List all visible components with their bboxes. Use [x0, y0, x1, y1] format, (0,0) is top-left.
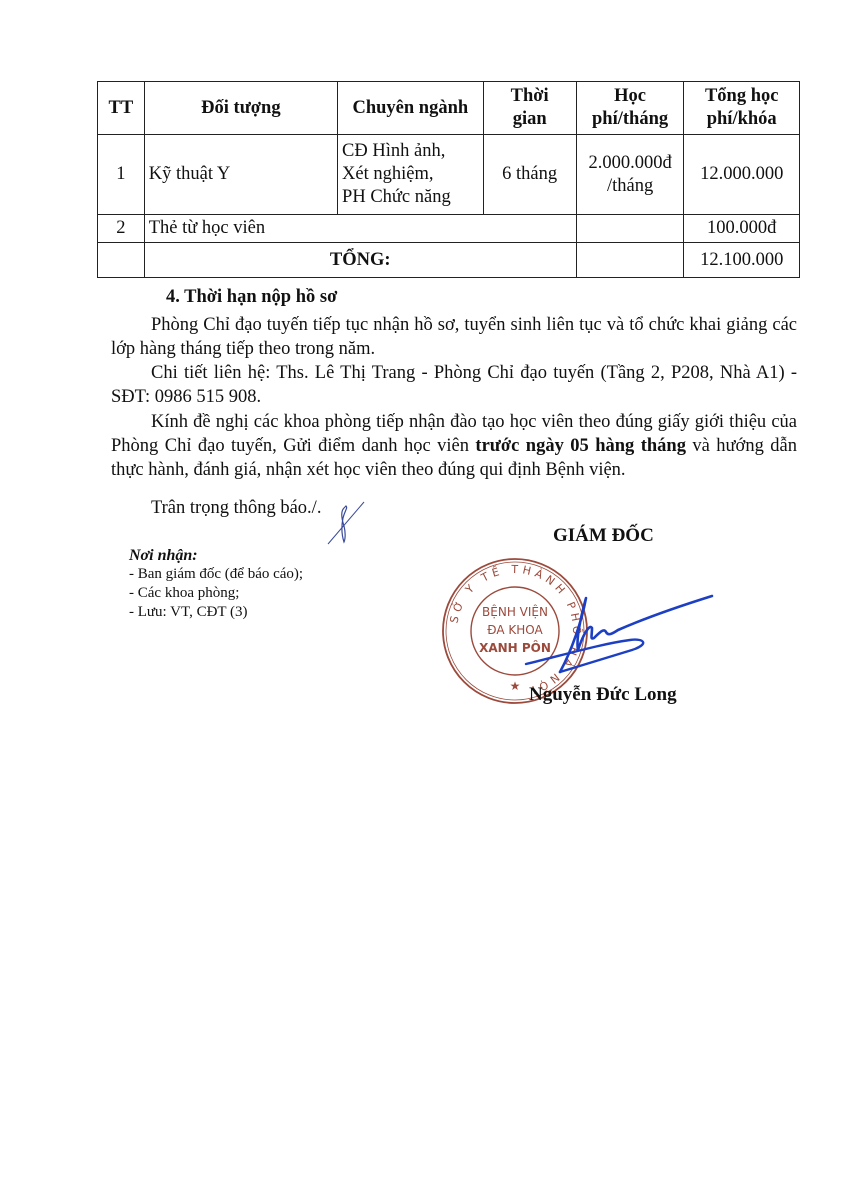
hoc-phi-line: 2.000.000đ — [588, 153, 671, 173]
recipient-item: - Các khoa phòng; — [129, 584, 303, 603]
total-label: TỔNG: — [144, 243, 576, 278]
signer-name: Nguyễn Đức Long — [529, 684, 677, 706]
total-value: 12.100.000 — [684, 243, 800, 278]
cell-tt: 1 — [98, 135, 145, 215]
recipient-item: - Lưu: VT, CĐT (3) — [129, 603, 303, 622]
section-heading: 4. Thời hạn nộp hồ sơ — [166, 286, 337, 310]
table-total-row: TỔNG: 12.100.000 — [98, 243, 800, 278]
handwritten-signature-icon — [520, 580, 720, 690]
cell-tong: 100.000đ — [684, 215, 800, 243]
cell-tong: 12.000.000 — [684, 135, 800, 215]
recipient-item: - Ban giám đốc (để báo cáo); — [129, 565, 303, 584]
header-hoc-phi-line2: phí/tháng — [592, 109, 668, 129]
chuyen-nganh-line: CĐ Hình ảnh, — [342, 141, 445, 161]
header-hoc-phi-line1: Học — [614, 86, 646, 106]
chuyen-nganh-line: PH Chức năng — [342, 187, 451, 207]
fee-table: TT Đối tượng Chuyên ngành Thời gian Học … — [97, 81, 800, 278]
cell-doi-tuong: Kỹ thuật Y — [144, 135, 337, 215]
paragraph-contact: Chi tiết liên hệ: Ths. Lê Thị Trang - Ph… — [111, 362, 797, 410]
header-thoi-gian: Thời gian — [483, 82, 576, 135]
header-tong-hoc-phi: Tổng học phí/khóa — [684, 82, 800, 135]
signer-position: GIÁM ĐỐC — [553, 525, 654, 547]
paragraph-admission: Phòng Chỉ đạo tuyến tiếp tục nhận hồ sơ,… — [111, 314, 797, 362]
cell-hoc-phi: 2.000.000đ /tháng — [576, 135, 684, 215]
document-page: TT Đối tượng Chuyên ngành Thời gian Học … — [0, 0, 848, 1200]
header-thoi-gian-line1: Thời — [511, 86, 549, 106]
table-header-row: TT Đối tượng Chuyên ngành Thời gian Học … — [98, 82, 800, 135]
header-hoc-phi: Học phí/tháng — [576, 82, 684, 135]
cell-thoi-gian: 6 tháng — [483, 135, 576, 215]
table-row: 1 Kỹ thuật Y CĐ Hình ảnh, Xét nghiệm, PH… — [98, 135, 800, 215]
header-doi-tuong: Đối tượng — [144, 82, 337, 135]
cell-chuyen-nganh: CĐ Hình ảnh, Xét nghiệm, PH Chức năng — [338, 135, 484, 215]
request-deadline: trước ngày 05 hàng tháng — [475, 436, 686, 456]
header-thoi-gian-line2: gian — [513, 109, 547, 129]
svg-text:★: ★ — [510, 679, 521, 693]
cell-tt: 2 — [98, 215, 145, 243]
header-chuyen-nganh: Chuyên ngành — [338, 82, 484, 135]
header-tt: TT — [98, 82, 145, 135]
recipients-title: Nơi nhận: — [129, 546, 303, 565]
table-row: 2 Thẻ từ học viên 100.000đ — [98, 215, 800, 243]
initial-mark-icon — [326, 500, 366, 545]
hoc-phi-line: /tháng — [607, 176, 653, 196]
cell-hoc-phi-empty — [576, 243, 684, 278]
header-tong-line1: Tổng học — [705, 86, 779, 106]
paragraph-closing: Trân trọng thông báo./. — [111, 497, 797, 521]
paragraph-request: Kính đề nghị các khoa phòng tiếp nhận đà… — [111, 411, 797, 482]
recipients-block: Nơi nhận: - Ban giám đốc (để báo cáo); -… — [129, 546, 303, 622]
chuyen-nganh-line: Xét nghiệm, — [342, 164, 433, 184]
cell-tt-empty — [98, 243, 145, 278]
cell-hoc-phi — [576, 215, 684, 243]
cell-doi-tuong: Thẻ từ học viên — [144, 215, 576, 243]
header-tong-line2: phí/khóa — [707, 109, 777, 129]
